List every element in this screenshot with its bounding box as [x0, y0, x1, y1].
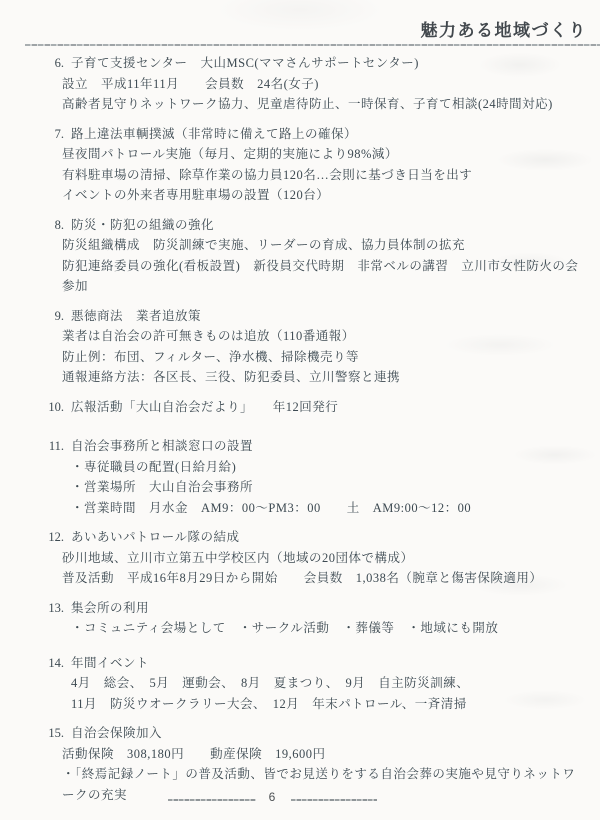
section-heading: 10. 広報活動「大山自治会だより」 年12回発行	[40, 397, 588, 418]
section-line: 砂川地域、立川市立第五中学校区内（地域の20団体で構成）	[40, 548, 588, 569]
section-line: 防止例：布団、フィルター、浄水機、掃除機売り等	[40, 347, 588, 368]
section-insurance: 15. 自治会保険加入 活動保険 308,180円 動産保険 19,600円 ・…	[40, 723, 588, 805]
section-heading: 6. 子育て支援センター 大山MSC(ママさんサポートセンター)	[40, 53, 588, 74]
section-heading: 11. 自治会事務所と相談窓口の設置	[40, 436, 588, 457]
section-line: 通報連絡方法：各区長、三役、防犯委員、立川警察と連携	[40, 367, 588, 388]
section-heading: 14. 年間イベント	[40, 653, 588, 674]
section-heading: 8. 防災・防犯の組織の強化	[40, 215, 588, 236]
section-title: 年間イベント	[71, 653, 149, 674]
section-heading: 13. 集会所の利用	[40, 598, 588, 619]
section-aiai-patrol: 12. あいあいパトロール隊の結成 砂川地域、立川市立第五中学校区内（地域の20…	[40, 527, 588, 589]
section-line: 有料駐車場の清掃、除草作業の協力員120名…会則に基づき日当を出す	[40, 165, 588, 186]
section-line: ・営業時間 月水金 AM9：00～PM3：00 土 AM9:00～12：00	[40, 498, 588, 519]
section-annual-events: 14. 年間イベント 4月 総会、 5月 運動会、 8月 夏まつり、 9月 自主…	[40, 653, 588, 715]
section-heading: 7. 路上違法車輌撲滅（非常時に備えて路上の確保）	[40, 124, 588, 145]
section-number: 14.	[40, 653, 64, 674]
section-title: 広報活動「大山自治会だより」 年12回発行	[71, 397, 338, 418]
section-title: 悪徳商法 業者追放策	[71, 306, 201, 327]
section-heading: 9. 悪徳商法 業者追放策	[40, 306, 588, 327]
section-line: イベントの外来者専用駐車場の設置（120台）	[40, 185, 588, 206]
section-line: 防災組織構成 防災訓練で実施、リーダーの育成、協力員体制の拡充	[40, 235, 588, 256]
section-meeting-hall: 13. 集会所の利用 ・コミュニティ会場として ・サークル活動 ・葬儀等 ・地域…	[40, 598, 588, 639]
section-line: ・専従職員の配置(日給月給)	[40, 457, 588, 478]
section-office-consultation: 11. 自治会事務所と相談窓口の設置 ・専従職員の配置(日給月給) ・営業場所 …	[40, 436, 588, 518]
section-line: 11月 防災ウオークラリー大会、 12月 年末パトロール、一斉清掃	[40, 694, 588, 715]
scanned-document-page: 魅力ある地域づくり 6. 子育て支援センター 大山MSC(ママさんサポートセンタ…	[0, 0, 600, 820]
section-title: あいあいパトロール隊の結成	[71, 527, 240, 548]
section-childcare-center: 6. 子育て支援センター 大山MSC(ママさんサポートセンター) 設立 平成11…	[40, 53, 588, 115]
section-number: 10.	[40, 397, 64, 418]
section-line: 昼夜間パトロール実施（毎月、定期的実施により98%減）	[40, 144, 588, 165]
section-line: ・営業場所 大山自治会事務所	[40, 477, 588, 498]
section-line: 普及活動 平成16年8月29日から開始 会員数 1,038名（腕章と傷害保険適用…	[40, 568, 588, 589]
page-number: 6	[260, 790, 284, 804]
section-number: 6.	[40, 53, 64, 74]
section-number: 13.	[40, 598, 64, 619]
section-heading: 15. 自治会保険加入	[40, 723, 588, 744]
section-title: 子育て支援センター 大山MSC(ママさんサポートセンター)	[71, 53, 419, 74]
section-number: 11.	[40, 436, 64, 457]
section-line: 設立 平成11年11月 会員数 24名(女子)	[40, 74, 588, 95]
section-number: 7.	[40, 124, 64, 145]
section-title: 自治会保険加入	[71, 723, 162, 744]
section-line: 高齢者見守りネットワーク協力、児童虐待防止、一時保育、子育て相談(24時間対応)	[40, 94, 588, 115]
section-line: 業者は自治会の許可無きものは追放（110番通報）	[40, 326, 588, 347]
section-title: 自治会事務所と相談窓口の設置	[71, 436, 253, 457]
section-line: 活動保険 308,180円 動産保険 19,600円	[40, 744, 588, 765]
section-title: 路上違法車輌撲滅（非常時に備えて路上の確保）	[71, 124, 357, 145]
section-line: 4月 総会、 5月 運動会、 8月 夏まつり、 9月 自主防災訓練、	[40, 673, 588, 694]
section-number: 8.	[40, 215, 64, 236]
section-line: 防犯連絡委員の強化(看板設置) 新役員交代時期 非常ベルの講習 立川市女性防火の…	[40, 256, 588, 297]
section-number: 9.	[40, 306, 64, 327]
section-disaster-crime-prevention: 8. 防災・防犯の組織の強化 防災組織構成 防災訓練で実施、リーダーの育成、協力…	[40, 215, 588, 297]
header-divider-line	[25, 44, 600, 46]
section-illegal-parking: 7. 路上違法車輌撲滅（非常時に備えて路上の確保） 昼夜間パトロール実施（毎月、…	[40, 124, 588, 206]
document-body: 6. 子育て支援センター 大山MSC(ママさんサポートセンター) 設立 平成11…	[40, 53, 588, 805]
section-number: 15.	[40, 723, 64, 744]
footer-rule-right	[291, 799, 377, 801]
section-scam-prevention: 9. 悪徳商法 業者追放策 業者は自治会の許可無きものは追放（110番通報） 防…	[40, 306, 588, 388]
footer-rule-left	[168, 799, 256, 801]
section-title: 防災・防犯の組織の強化	[71, 215, 214, 236]
section-newsletter: 10. 広報活動「大山自治会だより」 年12回発行	[40, 397, 588, 418]
section-title: 集会所の利用	[71, 598, 149, 619]
section-heading: 12. あいあいパトロール隊の結成	[40, 527, 588, 548]
page-header-title: 魅力ある地域づくり	[421, 16, 588, 41]
section-number: 12.	[40, 527, 64, 548]
section-line: ・コミュニティ会場として ・サークル活動 ・葬儀等 ・地域にも開放	[40, 618, 588, 639]
